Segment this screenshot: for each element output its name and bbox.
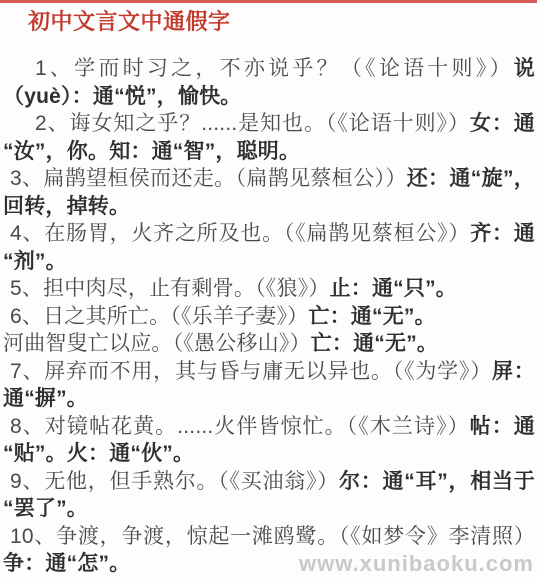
quote-text: 2、诲女知之乎？......是知也。（《论语十则》）: [35, 112, 470, 135]
quote-text: 9、无他，但手熟尔。（《买油翁》）: [10, 470, 339, 493]
list-item: 4、在肠胃，火齐之所及也。（《扁鹊见蔡桓公》）齐：通“剂”。: [3, 220, 535, 275]
quote-text: 4、在肠胃，火齐之所及也。（《扁鹊见蔡桓公》）: [10, 222, 470, 245]
explanation-text: 亡：通“无”。: [311, 332, 438, 355]
list-item: 8、对镜帖花黄。......火伴皆惊忙。（《木兰诗》）帖：通“贴”。火：通“伙”…: [3, 413, 535, 468]
list-item: 3、扁鹊望桓侯而还走。（扁鹊见蔡桓公））还：通“旋”，回转，掉转。: [3, 165, 535, 220]
list-item: 6、日之其所亡。（《乐羊子妻》）亡：通“无”。: [3, 303, 535, 331]
list-item: 河曲智叟亡以应。（《愚公移山》）亡：通“无”。: [3, 330, 535, 358]
list-item: 5、担中肉尽，止有剩骨。（《狼》）止：通“只”。: [3, 275, 535, 303]
quote-text: 7、屏弃而不用，其与昏与庸无以异也。（《为学》）: [10, 360, 492, 383]
quote-text: 5、担中肉尽，止有剩骨。（《狼》）: [10, 277, 330, 300]
page-title: 初中文言文中通假字: [28, 9, 537, 35]
top-red-rule: [0, 0, 537, 3]
quote-text: 8、对镜帖花黄。......火伴皆惊忙。（《木兰诗》）: [10, 415, 470, 438]
quote-text: 河曲智叟亡以应。（《愚公移山》）: [3, 332, 311, 355]
list-item: 9、无他，但手熟尔。（《买油翁》）尔：通“耳”，相当于“罢了”。: [3, 468, 535, 523]
quote-text: 1、学而时习之，不亦说乎？（《论语十则》）: [35, 57, 514, 80]
quote-text: 3、扁鹊望桓侯而还走。（扁鹊见蔡桓公））: [10, 167, 407, 190]
explanation-text: 亡：通“无”。: [308, 305, 435, 328]
quote-text: 6、日之其所亡。（《乐羊子妻》）: [10, 305, 308, 328]
list-item: 2、诲女知之乎？......是知也。（《论语十则》）女：通“汝”，你。知：通“智…: [3, 110, 535, 165]
item-list: 1、学而时习之，不亦说乎？（《论语十则》）说（yuè）：通“悦”，愉快。2、诲女…: [0, 55, 537, 578]
explanation-text: 止：通“只”。: [330, 277, 457, 300]
list-item: 1、学而时习之，不亦说乎？（《论语十则》）说（yuè）：通“悦”，愉快。: [3, 55, 535, 110]
explanation-text: 争：通“怎”。: [3, 552, 130, 575]
watermark: www.xunibaoku.com: [299, 551, 534, 577]
quote-text: 10、争渡，争渡，惊起一滩鸥鹭。（《如梦令》李清照）: [10, 525, 535, 548]
list-item: 7、屏弃而不用，其与昏与庸无以异也。（《为学》）屏：通“摒”。: [3, 358, 535, 413]
